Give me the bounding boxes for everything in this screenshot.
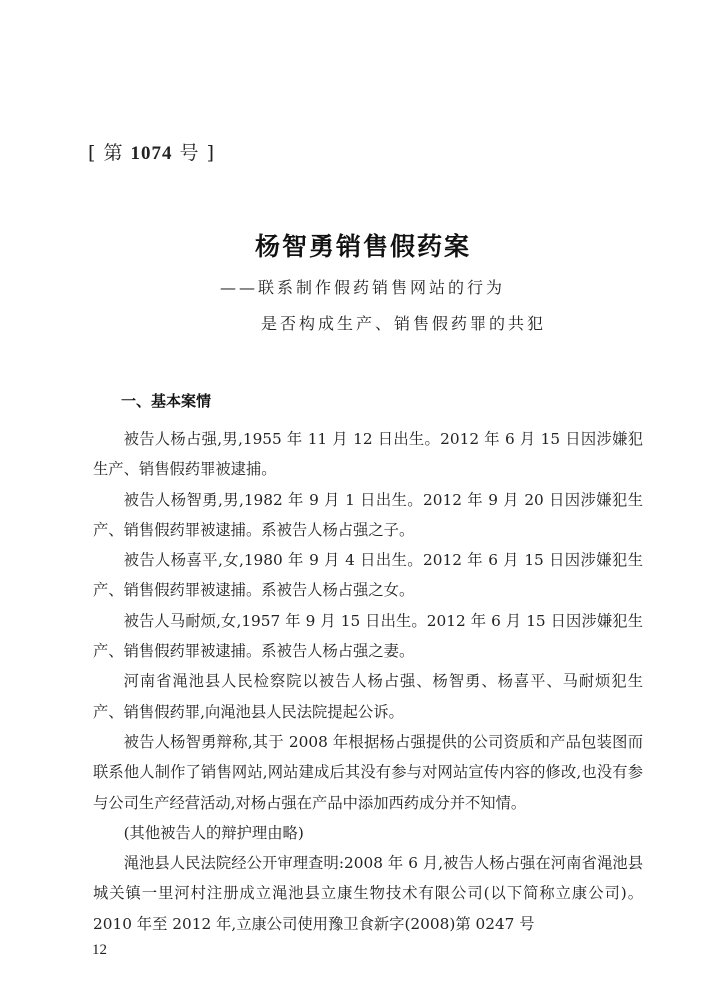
subtitle-line-2: 是否构成生产、销售假药罪的共犯 [261,311,546,334]
case-number-value: 1074 [131,143,173,164]
paragraph-findings: 渑池县人民法院经公开审理查明:2008 年 6 月,被告人杨占强在河南省渑池县城… [93,848,643,939]
section-heading: 一、基本案情 [121,390,211,411]
paragraph-defendant-1: 被告人杨占强,男,1955 年 11 月 12 日出生。2012 年 6 月 1… [93,424,643,485]
paragraph-other-defense: (其他被告人的辩护理由略) [93,818,643,848]
case-number: [ 第 1074 号 ] [88,138,215,165]
paragraph-defendant-3: 被告人杨喜平,女,1980 年 9 月 4 日出生。2012 年 6 月 15 … [93,545,643,606]
paragraph-defense: 被告人杨智勇辩称,其于 2008 年根据杨占强提供的公司资质和产品包装图而联系他… [93,727,643,818]
paragraph-defendant-2: 被告人杨智勇,男,1982 年 9 月 1 日出生。2012 年 9 月 20 … [93,485,643,546]
page-number: 12 [92,942,107,959]
case-number-prefix: [ 第 [88,142,131,164]
case-number-suffix: 号 ] [173,142,216,164]
paragraph-defendant-4: 被告人马耐烦,女,1957 年 9 月 15 日出生。2012 年 6 月 15… [93,606,643,667]
body-text: 被告人杨占强,男,1955 年 11 月 12 日出生。2012 年 6 月 1… [93,424,643,939]
subtitle-line-1: ——联系制作假药销售网站的行为 [220,275,505,298]
case-title: 杨智勇销售假药案 [0,227,726,263]
paragraph-prosecution: 河南省渑池县人民检察院以被告人杨占强、杨智勇、杨喜平、马耐烦犯生产、销售假药罪,… [93,666,643,727]
